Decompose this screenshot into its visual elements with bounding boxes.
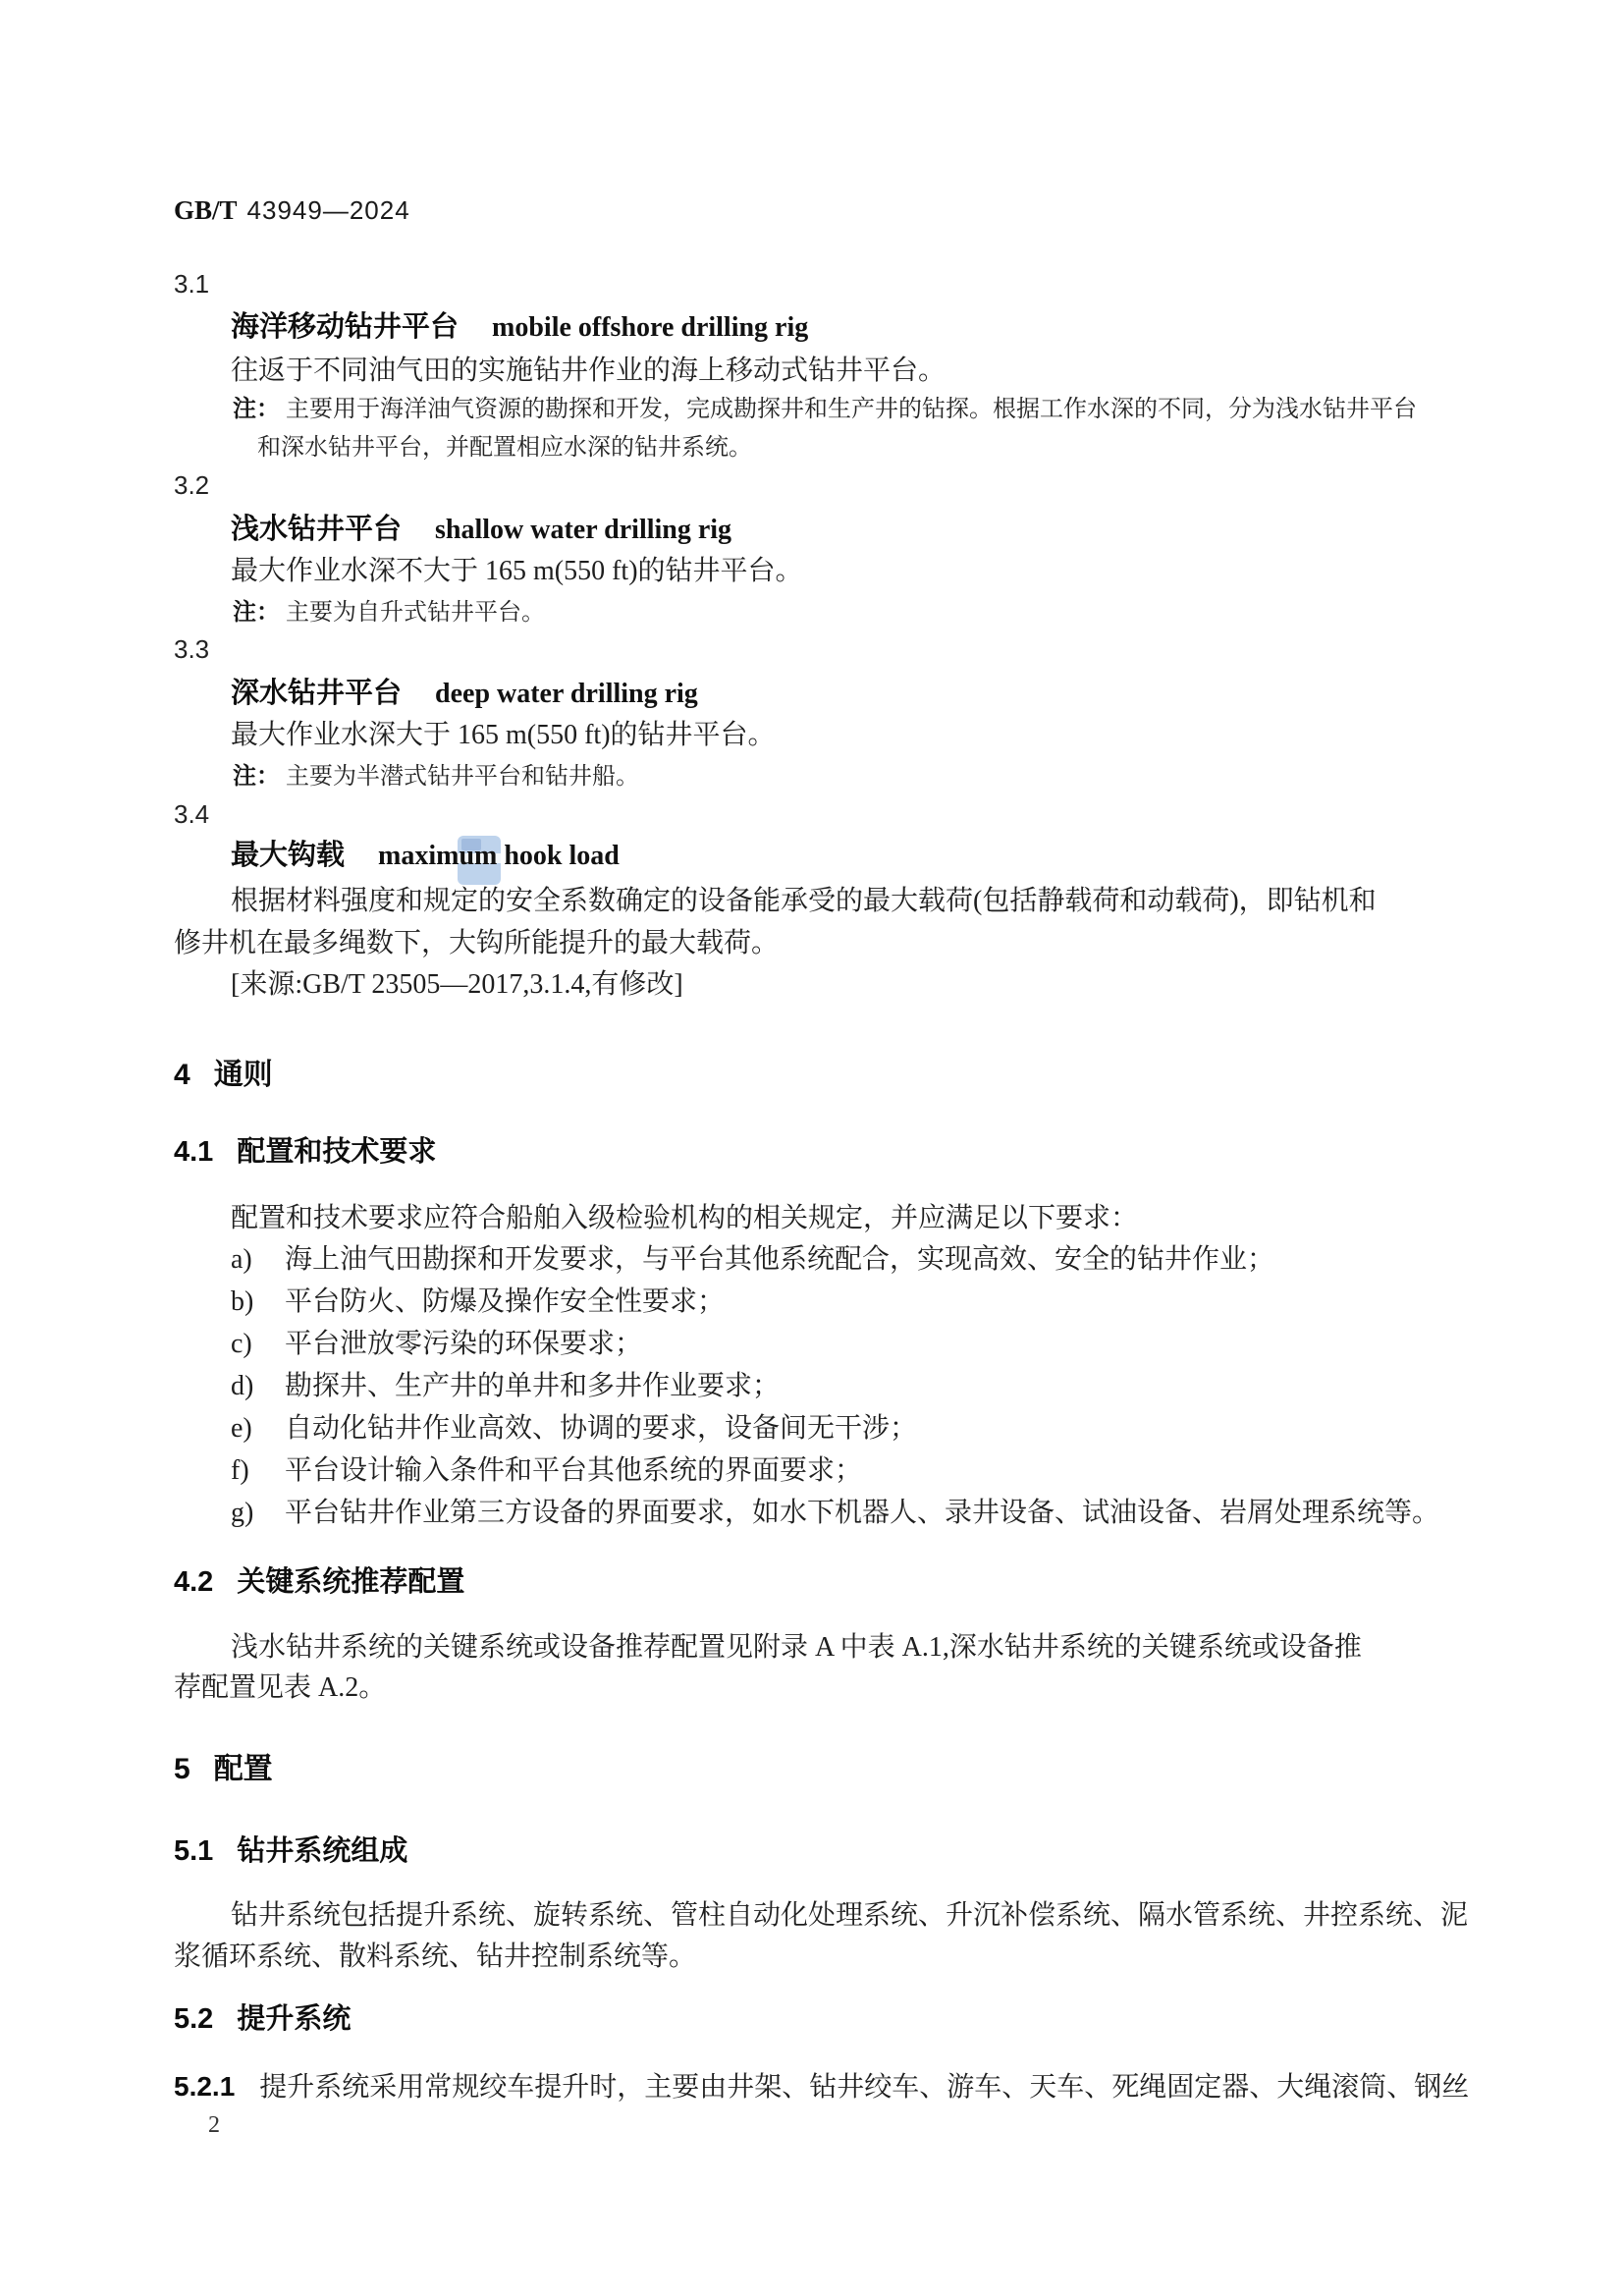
list-text-b: 平台防火、防爆及操作安全性要求； [285,1286,725,1317]
clause-4-1-number: 4.1 [174,1136,213,1168]
note-text-3-2: 主要为自升式钻井平台。 [286,600,545,626]
standard-code-number: 43949—2024 [247,195,410,225]
list-letter-b: b) [231,1286,285,1318]
clause-5-2-number: 5.2 [174,2003,213,2035]
page-number: 2 [208,2112,220,2140]
clause-5-2-1-text: 提升系统采用常规绞车提升时，主要由井架、钻井绞车、游车、天车、死绳固定器、大绳滚… [259,2072,1469,2103]
list-text-c: 平台泄放零污染的环保要求； [285,1329,642,1359]
definition-3-4-line1: 根据材料强度和规定的安全系数确定的设备能承受的最大载荷(包括静载荷和动载荷)，即… [231,886,1377,917]
term-zh-3-3: 深水钻井平台 [231,678,402,709]
clause-5-1-paragraph-line2: 浆循环系统、散料系统、钻井控制系统等。 [174,1941,696,1973]
chapter-4-heading: 4通则 [174,1059,273,1093]
term-line-3-1: 海洋移动钻井平台mobile offshore drilling rig [231,311,808,344]
list-text-f: 平台设计输入条件和平台其他系统的界面要求； [285,1455,862,1486]
note-text-3-3: 主要为半潜式钻井平台和钻井船。 [286,764,639,790]
document-page: GB/T43949—2024 3.1 海洋移动钻井平台mobile offsho… [0,0,1623,2296]
chapter-4-title: 通则 [214,1059,273,1091]
clause-5-1-heading: 5.1钻井系统组成 [174,1835,407,1868]
list-item-e: e)自动化钻井作业高效、协调的要求，设备间无干涉； [231,1413,917,1445]
list-letter-e: e) [231,1413,285,1445]
term-en-3-2: shallow water drilling rig [435,515,731,545]
clause-5-1-number: 5.1 [174,1835,213,1867]
list-item-a: a)海上油气田勘探和开发要求，与平台其他系统配合，实现高效、安全的钻井作业； [231,1244,1274,1276]
note-label-3-1: 注： [233,396,280,422]
clause-4-1-title: 配置和技术要求 [237,1136,436,1168]
note-label-3-3: 注： [233,763,280,790]
clause-4-2-title: 关键系统推荐配置 [237,1566,464,1598]
definition-3-1: 往返于不同油气田的实施钻井作业的海上移动式钻井平台。 [231,355,946,387]
term-zh-3-2: 浅水钻井平台 [231,514,402,545]
note-3-2: 注：主要为自升式钻井平台。 [233,599,545,628]
list-item-c: c)平台泄放零污染的环保要求； [231,1329,642,1360]
note-3-1-line1: 注：主要用于海洋油气资源的勘探和开发，完成勘探井和生产井的钻探。根据工作水深的不… [233,396,1417,424]
list-item-f: f)平台设计输入条件和平台其他系统的界面要求； [231,1455,862,1487]
clause-4-1-heading: 4.1配置和技术要求 [174,1136,436,1169]
clause-5-2-heading: 5.2提升系统 [174,2003,351,2036]
note-label-3-2: 注： [233,599,280,626]
note-3-3: 注：主要为半潜式钻井平台和钻井船。 [233,763,639,792]
chapter-5-number: 5 [174,1753,190,1785]
source-reference-3-4: [来源:GB/T 23505—2017,3.1.4,有修改] [231,969,683,1001]
clause-5-2-1-paragraph: 5.2.1提升系统采用常规绞车提升时，主要由井架、钻井绞车、游车、天车、死绳固定… [174,2071,1469,2104]
clause-4-2-paragraph-line1: 浅水钻井系统的关键系统或设备推荐配置见附录 A 中表 A.1,深水钻井系统的关键… [231,1632,1362,1664]
clause-4-2-number: 4.2 [174,1566,213,1598]
clause-5-1-paragraph-line1: 钻井系统包括提升系统、旋转系统、管柱自动化处理系统、升沉补偿系统、隔水管系统、井… [231,1900,1468,1932]
clause-4-2-heading: 4.2关键系统推荐配置 [174,1566,464,1599]
list-item-b: b)平台防火、防爆及操作安全性要求； [231,1286,725,1318]
definition-3-4-line2: 修井机在最多绳数下，大钩所能提升的最大载荷。 [174,928,779,959]
term-en-3-1: mobile offshore drilling rig [492,312,808,343]
list-text-g: 平台钻井作业第三方设备的界面要求，如水下机器人、录井设备、试油设备、岩屑处理系统… [285,1498,1439,1528]
list-letter-g: g) [231,1498,285,1529]
term-line-3-4: 最大钩载maximum hook load [231,840,620,872]
list-letter-c: c) [231,1329,285,1360]
definition-3-2: 最大作业水深不大于 165 m(550 ft)的钻井平台。 [231,556,803,587]
term-number-3-2: 3.2 [174,471,209,501]
term-zh-3-1: 海洋移动钻井平台 [231,311,459,343]
list-text-a: 海上油气田勘探和开发要求，与平台其他系统配合，实现高效、安全的钻井作业； [285,1244,1274,1275]
note-text-3-1-l1: 主要用于海洋油气资源的勘探和开发，完成勘探井和生产井的钻探。根据工作水深的不同，… [286,397,1417,422]
page-header: GB/T43949—2024 [174,195,410,226]
chapter-5-heading: 5配置 [174,1753,273,1787]
clause-4-2-paragraph-line2: 荐配置见表 A.2。 [174,1672,386,1704]
term-line-3-3: 深水钻井平台deep water drilling rig [231,678,698,710]
list-letter-f: f) [231,1455,285,1487]
chapter-4-number: 4 [174,1059,190,1091]
clause-5-2-1-number: 5.2.1 [174,2071,235,2102]
chapter-5-title: 配置 [214,1753,273,1785]
term-en-3-4: maximum hook load [378,841,620,871]
term-zh-3-4: 最大钩载 [231,840,345,871]
list-item-d: d)勘探井、生产井的单井和多井作业要求； [231,1371,780,1402]
standard-code-prefix: GB/T [174,195,238,225]
term-en-3-3: deep water drilling rig [435,679,698,709]
term-number-3-4: 3.4 [174,800,209,830]
list-letter-d: d) [231,1371,285,1402]
term-number-3-3: 3.3 [174,635,209,665]
list-letter-a: a) [231,1244,285,1276]
list-text-d: 勘探井、生产井的单井和多井作业要求； [285,1371,780,1401]
note-3-1-line2: 和深水钻井平台，并配置相应水深的钻井系统。 [257,435,752,463]
clause-4-1-intro: 配置和技术要求应符合船舶入级检验机构的相关规定，并应满足以下要求： [231,1203,1138,1234]
term-number-3-1: 3.1 [174,270,209,300]
list-text-e: 自动化钻井作业高效、协调的要求，设备间无干涉； [285,1413,917,1444]
term-line-3-2: 浅水钻井平台shallow water drilling rig [231,514,731,546]
definition-3-3: 最大作业水深大于 165 m(550 ft)的钻井平台。 [231,720,776,751]
clause-5-2-title: 提升系统 [237,2003,351,2035]
clause-5-1-title: 钻井系统组成 [237,1835,407,1867]
list-item-g: g)平台钻井作业第三方设备的界面要求，如水下机器人、录井设备、试油设备、岩屑处理… [231,1498,1439,1529]
